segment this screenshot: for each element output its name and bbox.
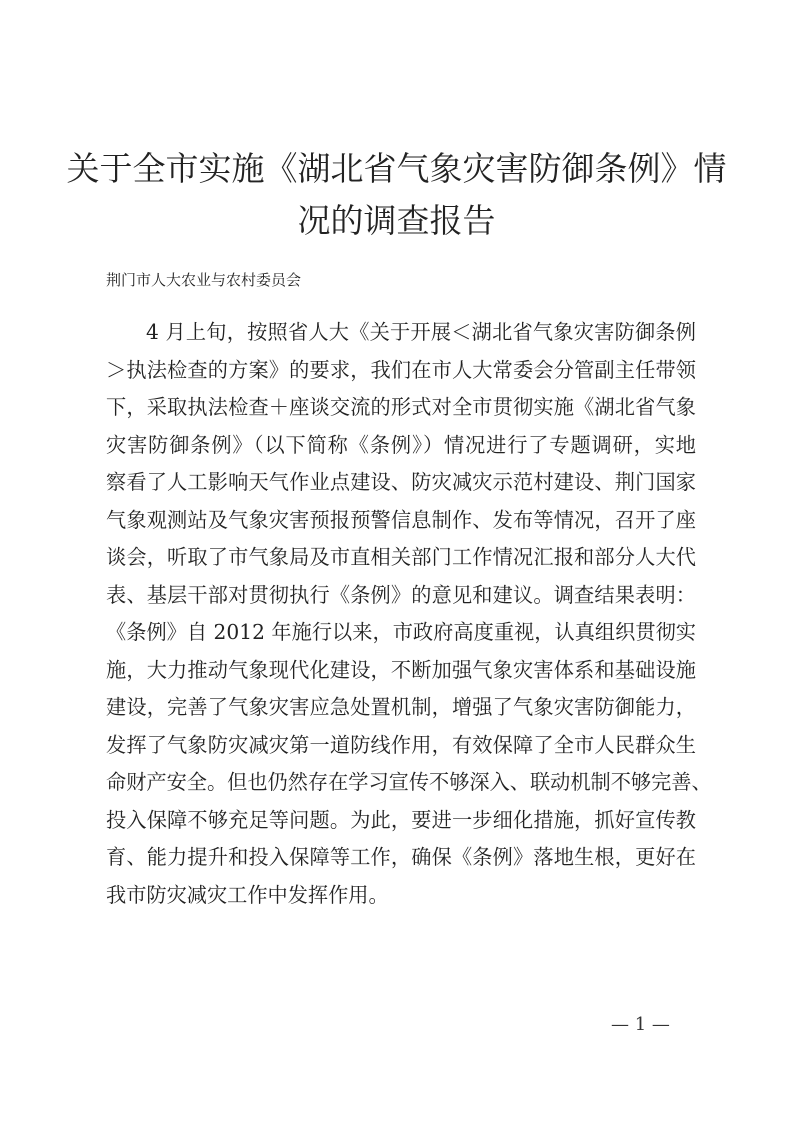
- title-line-2: 况的调查报告: [0, 195, 793, 247]
- body-line: 4 月上旬，按照省人大《关于开展＜湖北省气象灾害防御条例: [106, 314, 696, 352]
- page-number: — 1 —: [0, 1013, 793, 1037]
- body-paragraph: 4 月上旬，按照省人大《关于开展＜湖北省气象灾害防御条例 ＞执法检查的方案》的要…: [106, 314, 696, 914]
- body-line: 育、能力提升和投入保障等工作，确保《条例》落地生根，更好在: [106, 839, 696, 877]
- document-title: 关于全市实施《湖北省气象灾害防御条例》情 况的调查报告: [0, 143, 793, 247]
- body-line: 谈会，听取了市气象局及市直相关部门工作情况汇报和部分人大代: [106, 539, 696, 577]
- body-line: 我市防灾减灾工作中发挥作用。: [106, 877, 696, 915]
- author-organization: 荆门市人大农业与农村委员会: [106, 270, 301, 290]
- body-line: 《条例》自 2012 年施行以来，市政府高度重视，认真组织贯彻实: [106, 614, 696, 652]
- body-line: 发挥了气象防灾减灾第一道防线作用，有效保障了全市人民群众生: [106, 727, 696, 765]
- body-line: 灾害防御条例》（以下简称《条例》）情况进行了专题调研，实地: [106, 427, 696, 465]
- title-line-1: 关于全市实施《湖北省气象灾害防御条例》情: [0, 143, 793, 195]
- body-line: 下，采取执法检查＋座谈交流的形式对全市贯彻实施《湖北省气象: [106, 389, 696, 427]
- body-line: ＞执法检查的方案》的要求，我们在市人大常委会分管副主任带领: [106, 352, 696, 390]
- body-line: 命财产安全。但也仍然存在学习宣传不够深入、联动机制不够完善、: [106, 764, 696, 802]
- body-line: 施，大力推动气象现代化建设，不断加强气象灾害体系和基础设施: [106, 652, 696, 690]
- body-line: 气象观测站及气象灾害预报预警信息制作、发布等情况，召开了座: [106, 502, 696, 540]
- body-line: 表、基层干部对贯彻执行《条例》的意见和建议。调查结果表明：: [106, 577, 696, 615]
- body-line: 察看了人工影响天气作业点建设、防灾减灾示范村建设、荆门国家: [106, 464, 696, 502]
- body-line: 建设，完善了气象灾害应急处置机制，增强了气象灾害防御能力，: [106, 689, 696, 727]
- body-line: 投入保障不够充足等问题。为此，要进一步细化措施，抓好宣传教: [106, 802, 696, 840]
